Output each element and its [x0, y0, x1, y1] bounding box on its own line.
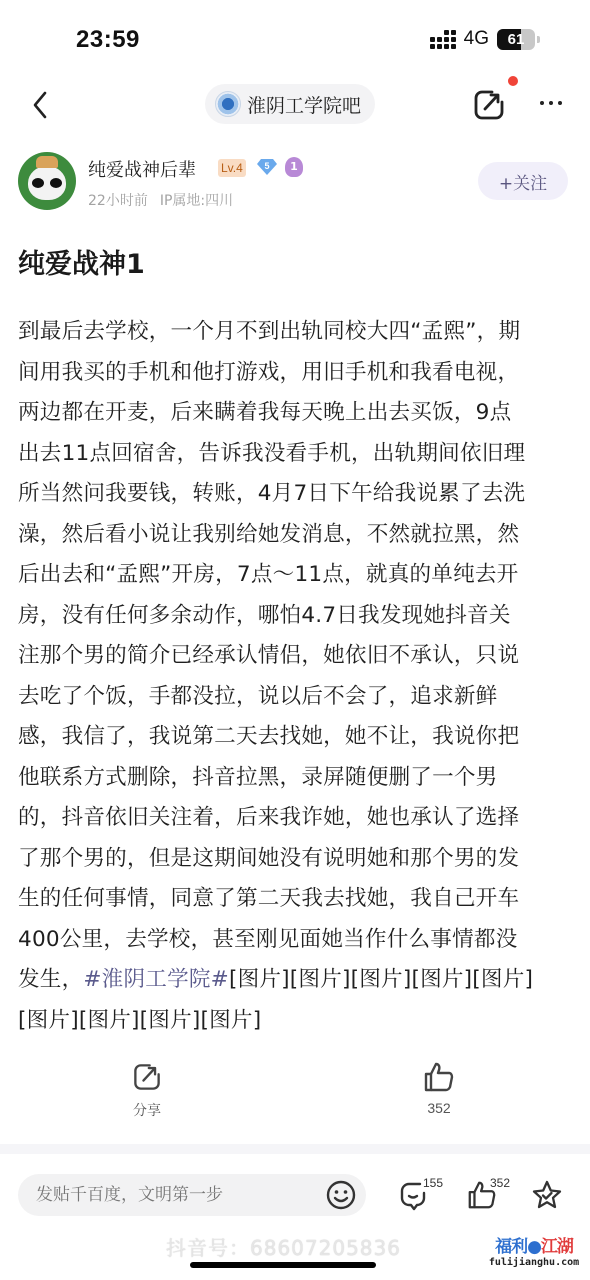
- forum-chip[interactable]: 淮阴工学院吧: [205, 84, 375, 124]
- post-line: 房，没有任何多余动作，哪怕4.7日我发现她抖音关: [18, 596, 574, 637]
- forum-name: 淮阴工学院吧: [247, 91, 361, 118]
- post-line: 感，我信了，我说第二天去找她，她不让，我说你把: [18, 717, 574, 758]
- edit-button[interactable]: [470, 86, 508, 124]
- avatar[interactable]: [18, 152, 76, 210]
- post-line: 400公里，去学校，甚至刚见面她当作什么事情都没: [18, 920, 574, 961]
- signal-icon: [430, 30, 456, 49]
- section-divider: [0, 1144, 590, 1154]
- share-icon: [130, 1060, 164, 1094]
- comment-count: 155: [423, 1176, 443, 1190]
- post-line: 的，抖音依旧关注着，后来我诈她，她也承认了选择: [18, 798, 574, 839]
- home-indicator[interactable]: [190, 1262, 376, 1268]
- post-line: 到最后去学校，一个月不到出轨同校大四“孟熙”，期: [18, 312, 574, 353]
- author-row: 纯爱战神后辈 Lv.4 5 1 22小时前IP属地:四川 +关注: [18, 152, 578, 216]
- logo-url: fulijianghu.com: [488, 1257, 580, 1268]
- follow-button[interactable]: +关注: [478, 162, 568, 200]
- bottom-like-count: 352: [490, 1176, 510, 1190]
- post-actions: 分享 352: [0, 1060, 590, 1130]
- ip-location: IP属地:四川: [160, 193, 233, 209]
- post-title: 纯爱战神1: [18, 242, 145, 281]
- like-count: 352: [427, 1100, 450, 1116]
- favorite-button[interactable]: [531, 1179, 563, 1211]
- logo-text-right: 江湖: [541, 1237, 573, 1257]
- status-indicators: 4G 61: [430, 28, 540, 50]
- post-line: 出去11点回宿舍，告诉我没看手机，出轨期间依旧理: [18, 434, 574, 475]
- author-name[interactable]: 纯爱战神后辈: [88, 156, 196, 182]
- battery-cap: [537, 36, 540, 43]
- post-line: 澡，然后看小说让我别给她发消息，不然就拉黑，然: [18, 515, 574, 556]
- image-placeholders[interactable]: [图片][图片][图片][图片]: [18, 1001, 574, 1042]
- back-button[interactable]: [22, 86, 58, 124]
- network-type: 4G: [464, 28, 489, 50]
- post-line: 了那个男的，但是这期间她没有说明她和那个男的发: [18, 839, 574, 880]
- status-bar: 23:59 4G 61: [0, 0, 590, 80]
- post-line: 两边都在开麦，后来瞒着我每天晚上出去买饭，9点: [18, 393, 574, 434]
- thumbs-up-icon: [422, 1060, 456, 1094]
- notification-dot: [508, 76, 518, 86]
- smiley-icon: [325, 1179, 357, 1211]
- share-button[interactable]: 分享: [107, 1060, 187, 1120]
- post-line: 所当然问我要钱，转账，4月7日下午给我说累了去洗: [18, 474, 574, 515]
- post-line: 注那个男的简介已经承认情侣，她依旧不承认，只说: [18, 636, 574, 677]
- post-body: 到最后去学校，一个月不到出轨同校大四“孟熙”，期 间用我买的手机和他打游戏，用旧…: [18, 312, 574, 1041]
- hashtag-link[interactable]: #淮阴工学院#: [83, 967, 229, 992]
- star-check-icon: [531, 1179, 563, 1211]
- diamond-badge-icon: 5: [256, 158, 278, 176]
- more-icon: [540, 101, 544, 105]
- post-line: 他联系方式删除，抖音拉黑，录屏随便删了一个男: [18, 758, 574, 799]
- post-text: 发生，: [18, 967, 83, 992]
- emoji-button[interactable]: [325, 1179, 357, 1211]
- member-badge: 1: [285, 157, 303, 177]
- site-watermark-logo: 福利●江湖 fulijianghu.com: [488, 1232, 580, 1276]
- douyin-watermark: 抖音号：68607205836: [166, 1232, 401, 1261]
- image-placeholders[interactable]: [图片][图片][图片][图片][图片]: [229, 967, 533, 992]
- share-label: 分享: [133, 1100, 161, 1120]
- forum-logo: [215, 91, 241, 117]
- battery-icon: 61: [497, 29, 535, 50]
- logo-text-left: 福利: [495, 1237, 527, 1257]
- author-meta: 22小时前IP属地:四川: [88, 190, 233, 210]
- post-line: 生的任何事情，同意了第二天我去找她，我自己开车: [18, 879, 574, 920]
- like-button[interactable]: 352: [399, 1060, 479, 1116]
- battery-level: 61: [497, 29, 535, 50]
- post-time: 22小时前: [88, 193, 148, 209]
- post-line: 后出去和“孟熙”开房，7点～11点，就真的单纯去开: [18, 555, 574, 596]
- post-line-with-hashtag: 发生，#淮阴工学院#[图片][图片][图片][图片][图片]: [18, 960, 574, 1001]
- more-button[interactable]: [533, 88, 569, 118]
- svg-text:5: 5: [264, 161, 269, 171]
- status-time: 23:59: [76, 26, 140, 54]
- level-badge: Lv.4: [218, 159, 246, 177]
- post-line: 间用我买的手机和他打游戏，用旧手机和我看电视，: [18, 353, 574, 394]
- nav-bar: 淮阴工学院吧: [0, 80, 590, 130]
- comment-input[interactable]: [18, 1174, 366, 1216]
- edit-icon: [470, 86, 508, 124]
- post-line: 去吃了个饭，手都没拉，说以后不会了，追求新鲜: [18, 677, 574, 718]
- chevron-left-icon: [30, 90, 50, 120]
- bottom-bar: 155 352: [0, 1168, 590, 1223]
